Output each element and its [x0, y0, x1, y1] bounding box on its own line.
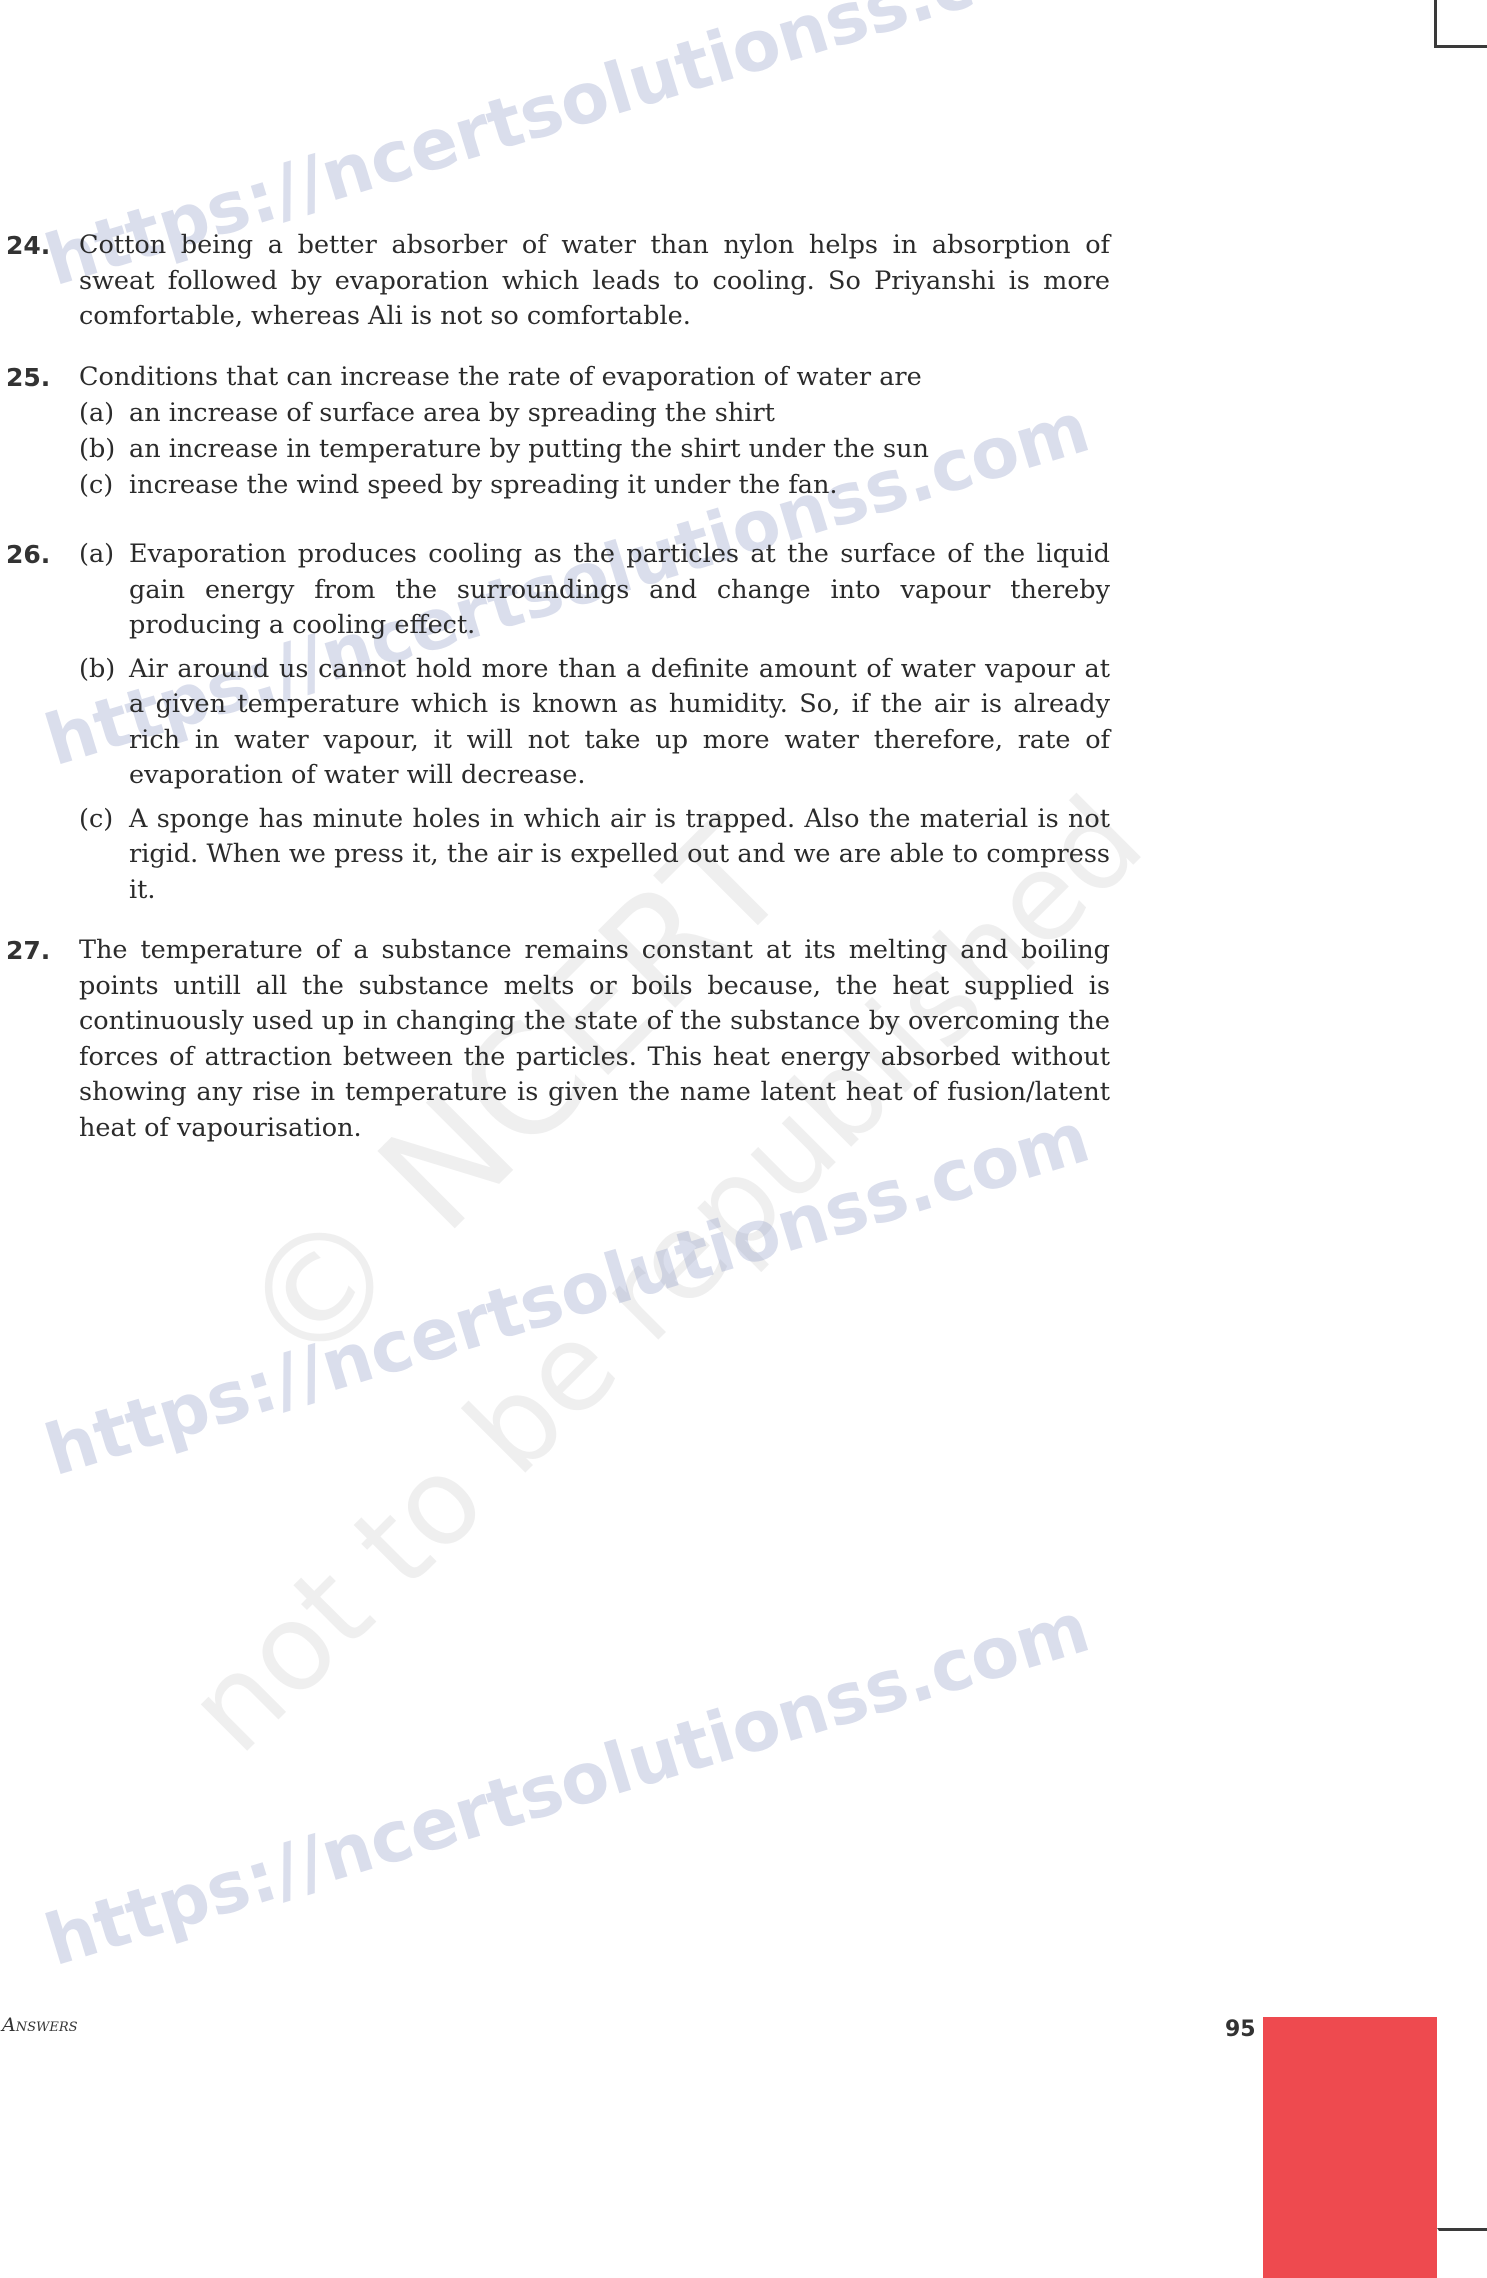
answer-text: Cotton being a better absorber of water … — [79, 230, 1110, 331]
answer-25: 25. Conditions that can increase the rat… — [0, 360, 1110, 504]
answer-24: 24. Cotton being a better absorber of wa… — [0, 228, 1110, 335]
answer-number: 27. — [6, 933, 50, 969]
answer-number: 25. — [6, 360, 50, 396]
answer-part: (b) an increase in temperature by puttin… — [79, 431, 1110, 467]
part-label: (c) — [79, 802, 113, 838]
footer-section-label: Answers — [2, 2014, 78, 2036]
answers-section: 24. Cotton being a better absorber of wa… — [0, 228, 1110, 1171]
part-text: increase the wind speed by spreading it … — [129, 470, 838, 500]
page-color-tab — [1263, 2017, 1437, 2278]
crop-mark-top — [1434, 0, 1487, 48]
answer-text: The temperature of a substance remains c… — [79, 935, 1110, 1143]
part-label: (c) — [79, 467, 113, 503]
part-label: (b) — [79, 431, 115, 467]
answer-text: Conditions that can increase the rate of… — [79, 360, 1110, 396]
answer-part: (c) A sponge has minute holes in which a… — [79, 802, 1110, 909]
answer-number: 24. — [6, 228, 50, 264]
part-text: Air around us cannot hold more than a de… — [129, 654, 1110, 791]
crop-mark-bottom — [1437, 2228, 1487, 2278]
answer-part: (b) Air around us cannot hold more than … — [79, 652, 1110, 794]
url-watermark: https://ncertsolutionss.com — [36, 1586, 1098, 1982]
answer-part: (c) increase the wind speed by spreading… — [79, 467, 1110, 503]
part-label: (a) — [79, 395, 114, 431]
answer-26: 26. (a) Evaporation produces cooling as … — [0, 537, 1110, 908]
answer-27: 27. The temperature of a substance remai… — [0, 933, 1110, 1146]
part-text: Evaporation produces cooling as the part… — [129, 539, 1110, 640]
answer-number: 26. — [6, 537, 50, 573]
part-label: (b) — [79, 652, 115, 688]
part-text: A sponge has minute holes in which air i… — [129, 804, 1110, 905]
answer-part: (a) an increase of surface area by sprea… — [79, 395, 1110, 431]
part-label: (a) — [79, 537, 114, 573]
answer-part: (a) Evaporation produces cooling as the … — [79, 537, 1110, 644]
part-text: an increase in temperature by putting th… — [129, 434, 929, 464]
part-text: an increase of surface area by spreading… — [129, 398, 775, 428]
page-number: 95 — [1225, 2017, 1256, 2042]
